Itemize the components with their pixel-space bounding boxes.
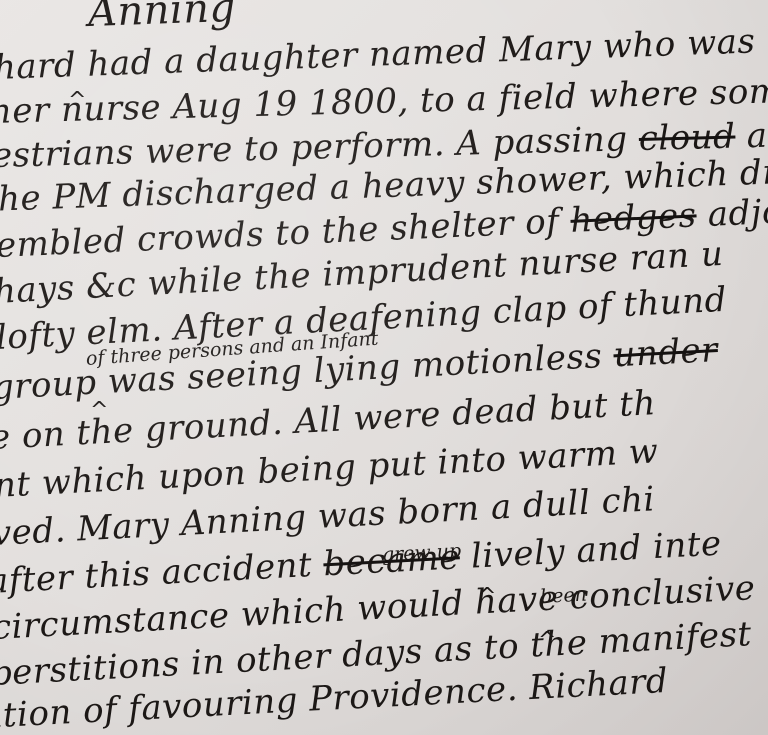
- heading: Anning: [87, 0, 236, 36]
- struck-word: hedges: [570, 195, 698, 240]
- struck-word: cloud: [638, 117, 736, 160]
- manuscript-page: Anning hard had a daughter named Mary wh…: [0, 0, 768, 735]
- line-text: a: [735, 116, 768, 157]
- struck-word: became: [322, 537, 460, 584]
- line-text: lively and inte: [459, 524, 723, 578]
- line-text: adjoi: [696, 191, 768, 235]
- struck-word: under: [612, 330, 718, 375]
